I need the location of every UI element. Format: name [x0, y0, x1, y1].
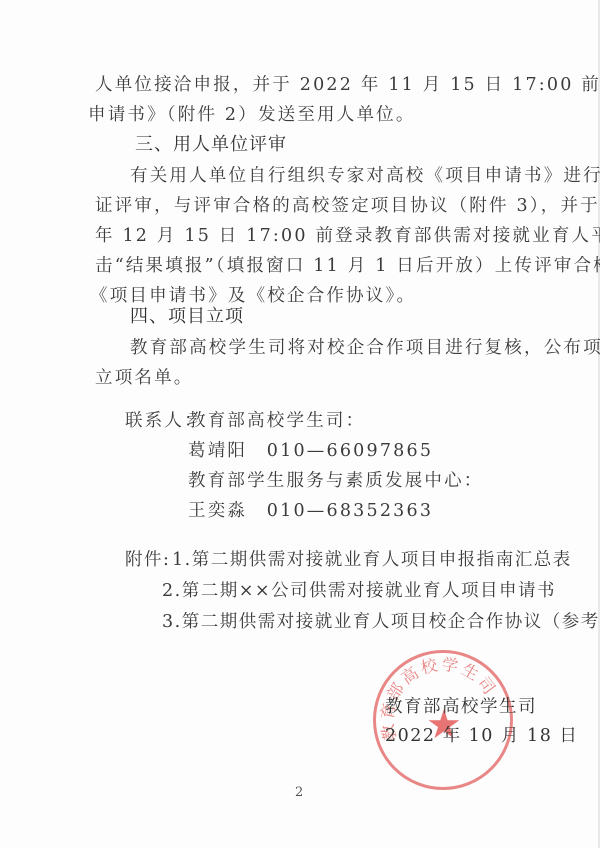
paragraph-line: 有关用人单位自行组织专家对高校《项目申请书》进行论	[130, 165, 600, 187]
paragraph-line: 证评审，与评审合格的高校签定项目协议（附件 3），并于 2022	[95, 195, 600, 217]
paragraph-line: 申请书》（附件 2）发送至用人单位。	[88, 104, 416, 126]
paragraph-line: 教育部高校学生司将对校企合作项目进行复核，公布项目	[130, 337, 600, 359]
attachment-item: 2.第二期××公司供需对接就业育人项目申请书	[162, 580, 556, 602]
contact-org: 教育部学生服务与素质发展中心：	[188, 470, 484, 492]
section-heading: 四、项目立项	[130, 306, 244, 328]
page-number: 2	[295, 785, 303, 800]
contact-org: 教育部高校学生司：	[188, 410, 365, 432]
paragraph-line: 《项目申请书》及《校企合作协议》。	[90, 285, 416, 307]
paragraph-line: 年 12 月 15 日 17:00 前登录教育部供需对接就业育人平台，点	[95, 225, 600, 247]
paragraph-line: 击“结果填报”（填报窗口 11 月 1 日后开放）上传评审合格的	[95, 255, 600, 277]
contact-person: 王奕淼 010—68352363	[188, 500, 433, 522]
paragraph-line: 立项名单。	[95, 367, 194, 389]
section-heading: 三、用人单位评审	[135, 134, 287, 156]
signature-org: 教育部高校学生司	[385, 693, 537, 718]
paragraph-line: 人单位接洽申报，并于 2022 年 11 月 15 日 17:00 前将《项目	[95, 74, 600, 96]
official-seal: 教育部高校学生司 ★	[373, 650, 513, 790]
contact-person: 葛靖阳 010—66097865	[188, 440, 433, 462]
attachments-label: 附件:	[125, 549, 170, 571]
attachment-item: 1.第二期供需对接就业育人项目申报指南汇总表	[172, 549, 572, 571]
signature-date: 2022 年 10 月 18 日	[385, 722, 578, 747]
attachment-item: 3.第二期供需对接就业育人项目校企合作协议（参考）	[162, 611, 600, 633]
